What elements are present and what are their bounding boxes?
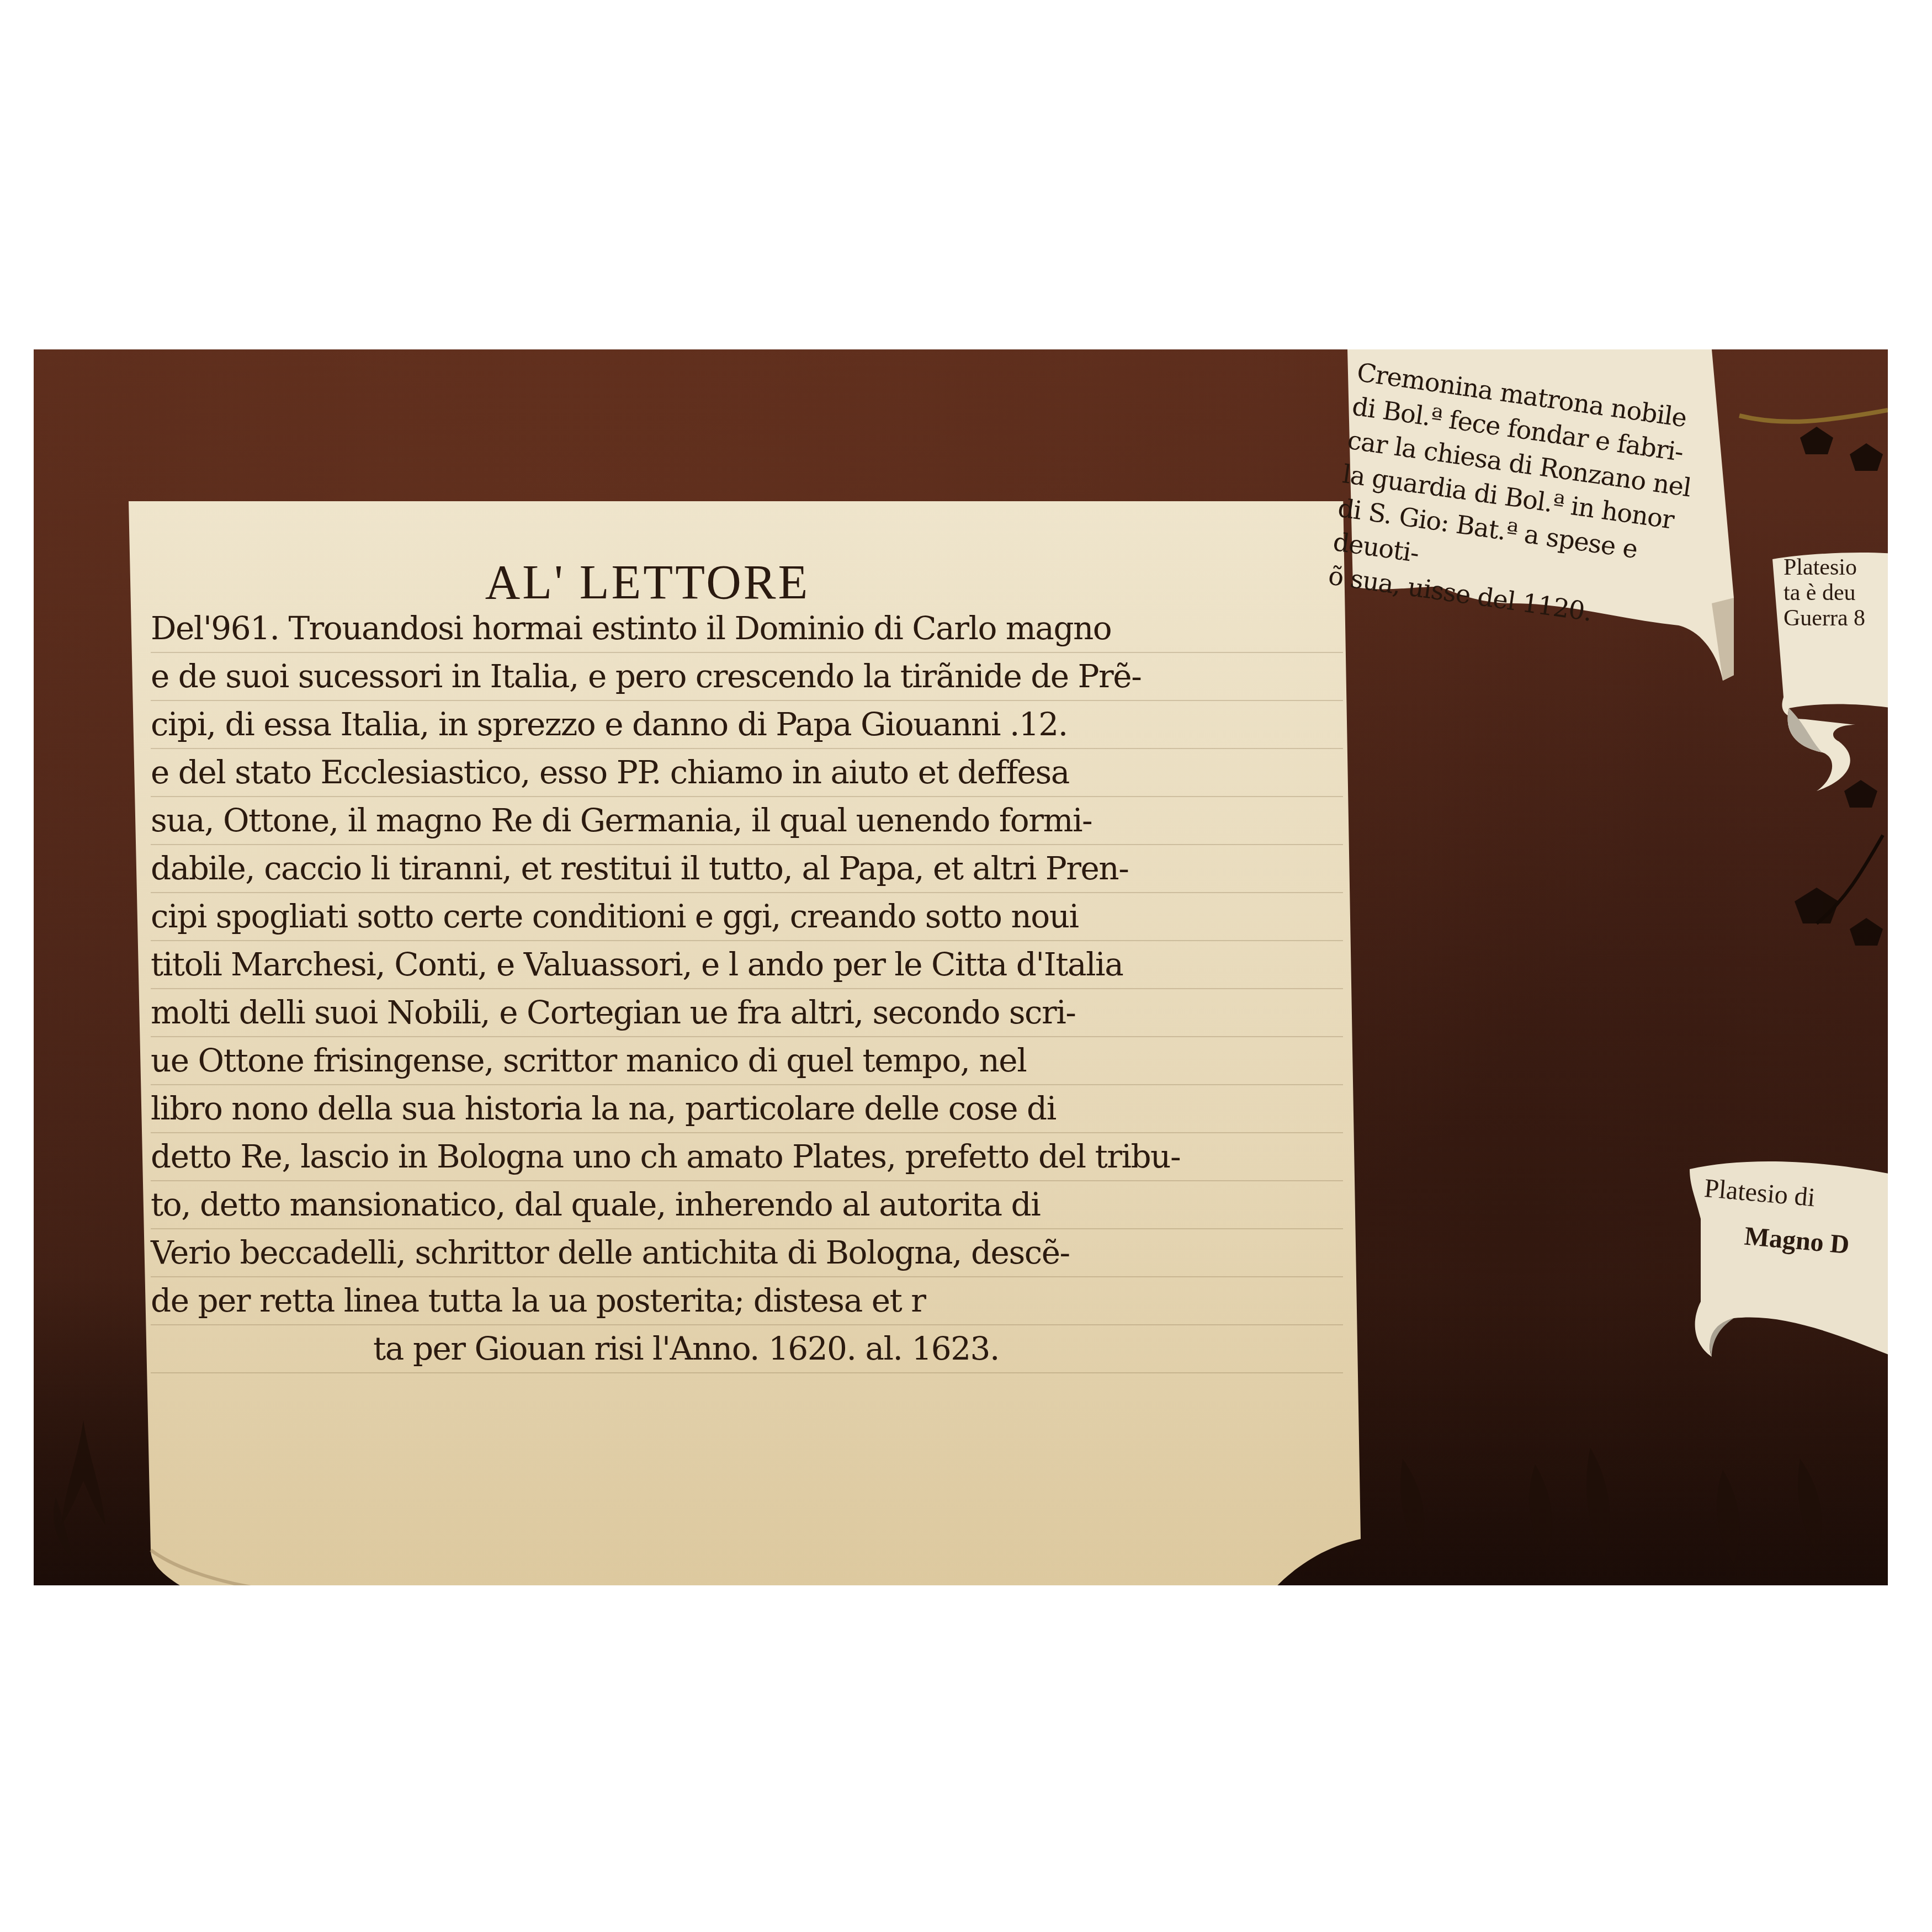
inscription-line: Del'961. Trouandosi hormai estinto il Do… [151,605,1343,653]
banner-cremonina: Cremonina matrona nobile di Bol.ª fece f… [1347,349,1745,692]
inscription-line: libro nono della sua historia la na, par… [151,1085,1343,1133]
banner-platesio-lower-text: Platesio di Magno D [1699,1166,1855,1267]
cartouche-title: AL' LETTORE [129,555,1166,611]
inscription-line: to, detto mansionatico, dal quale, inher… [151,1181,1343,1229]
foliage-bottom-right-icon [1303,1448,1888,1585]
foliage-left-icon [45,1415,122,1569]
inscription-text: Del'961. Trouandosi hormai estinto il Do… [151,605,1343,1373]
inscription-line: de per retta linea tutta la ua posterita… [151,1277,1343,1325]
inscription-line: sua, Ottone, il magno Re di Germania, il… [151,797,1343,845]
painting: AL' LETTORE Del'961. Trouandosi hormai e… [34,349,1888,1585]
inscription-line: ta per Giouan risi l'Anno. 1620. al. 162… [151,1325,1343,1373]
banner-platesio-lower: Platesio di Magno D [1673,1136,1888,1368]
inscription-line: Verio beccadelli, schrittor delle antich… [151,1229,1343,1277]
banner-platesio-upper: Platesio ta è deu Guerra 8 [1772,543,1888,797]
inscription-line: ue Ottone frisingense, scrittor manico d… [151,1037,1343,1085]
inscription-line: titoli Marchesi, Conti, e Valuassori, e … [151,941,1343,989]
inscription-line: dabile, caccio li tiranni, et restitui i… [151,845,1343,893]
inscription-line: e del stato Ecclesiastico, esso PP. chia… [151,749,1343,797]
inscription-line: molti delli suoi Nobili, e Cortegian ue … [151,989,1343,1037]
banner-platesio-upper-text: Platesio ta è deu Guerra 8 [1784,555,1865,631]
inscription-line: cipi, di essa Italia, in sprezzo e danno… [151,701,1343,749]
inscription-line: cipi spogliati sotto certe conditioni e … [151,893,1343,941]
inscription-line: e de suoi sucessori in Italia, e pero cr… [151,653,1343,701]
inscription-line: detto Re, lascio in Bologna uno ch amato… [151,1133,1343,1181]
